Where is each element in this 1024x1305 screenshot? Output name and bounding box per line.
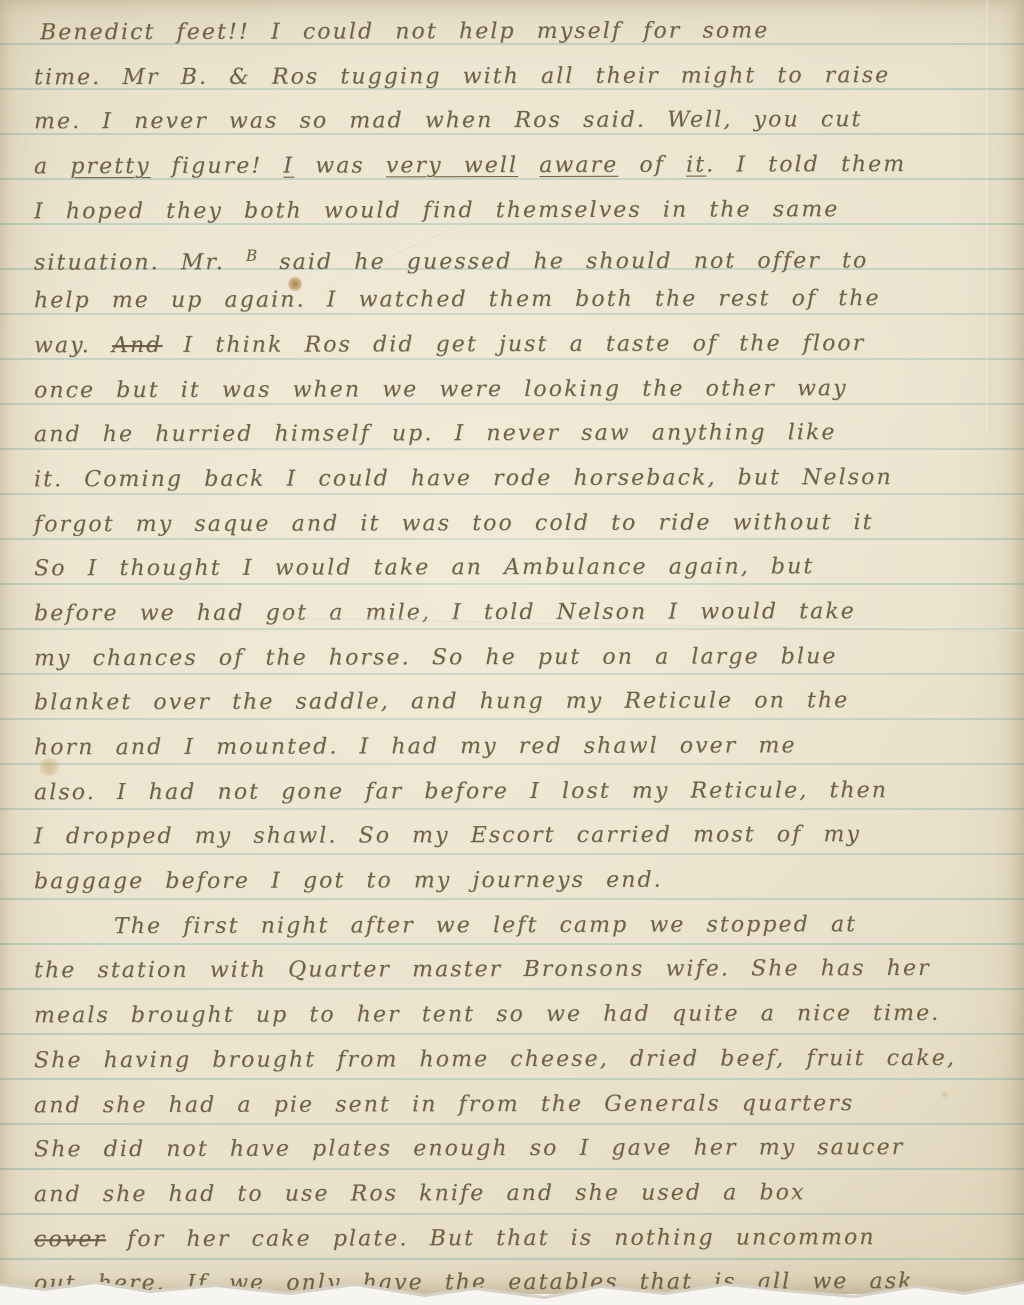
letter-text-segment: I dropped my shawl. So my Escort carried… (34, 822, 861, 849)
letter-text-segment: meals brought up to her tent so we had q… (34, 1001, 940, 1028)
letter-text-segment: I think Ros did get just a taste of the … (162, 331, 865, 358)
letter-line: and he hurried himself up. I never saw a… (34, 411, 1010, 458)
letter-text-segment: said he guessed he should not offer to (258, 249, 868, 276)
letter-text-segment: of (618, 153, 686, 178)
letter-line: also. I had not gone far before I lost m… (34, 768, 1010, 815)
letter-line: Benedict feet!! I could not help myself … (34, 9, 1010, 56)
letter-lines: Benedict feet!! I could not help myself … (34, 10, 1010, 1294)
letter-text-segment: And (112, 333, 163, 358)
letter-scan: Benedict feet!! I could not help myself … (0, 0, 1024, 1305)
letter-text-segment: and she had a pie sent in from the Gener… (34, 1091, 854, 1118)
letter-line: The first night after we left camp we st… (34, 902, 1010, 949)
letter-text-segment: help me up again. I watched them both th… (34, 286, 881, 313)
letter-line: help me up again. I watched them both th… (34, 277, 1010, 324)
letter-text-segment: it (686, 153, 706, 178)
letter-text-segment: horn and I mounted. I had my red shawl o… (34, 733, 797, 760)
letter-line: a pretty figure! I was very well aware o… (34, 143, 1010, 190)
letter-line: time. Mr B. & Ros tugging with all their… (34, 53, 1010, 100)
letter-text-segment: was (294, 153, 386, 178)
letter-line: and she had to use Ros knife and she use… (34, 1171, 1010, 1218)
letter-paper: Benedict feet!! I could not help myself … (0, 0, 1024, 1294)
letter-line: She did not have plates enough so I gave… (34, 1126, 1010, 1173)
letter-text-segment: also. I had not gone far before I lost m… (34, 778, 888, 805)
letter-text-segment: pretty (70, 154, 150, 179)
letter-text-segment: cover (34, 1227, 106, 1252)
letter-text-segment: situation. Mr. (34, 250, 246, 276)
letter-line: horn and I mounted. I had my red shawl o… (34, 724, 1010, 771)
letter-line: I dropped my shawl. So my Escort carried… (34, 813, 1010, 860)
letter-line: situation. Mr. B said he guessed he shou… (34, 232, 1010, 279)
letter-text-segment: and she had to use Ros knife and she use… (34, 1180, 806, 1207)
letter-text-segment: it. Coming back I could have rode horseb… (34, 465, 893, 492)
letter-text-segment: So I thought I would take an Ambulance a… (34, 554, 814, 581)
letter-text-segment: for her cake plate. But that is nothing … (106, 1225, 876, 1252)
letter-line: cover for her cake plate. But that is no… (34, 1215, 1010, 1262)
letter-text-segment: Benedict feet!! I could not help myself … (40, 18, 769, 45)
letter-text-segment: I hoped they both would find themselves … (34, 197, 839, 224)
letter-line: baggage before I got to my journeys end. (34, 858, 1010, 905)
letter-text-segment: I (283, 154, 294, 179)
letter-text-segment: baggage before I got to my journeys end. (34, 868, 663, 895)
letter-line: She having brought from home cheese, dri… (34, 1037, 1010, 1084)
letter-text-segment: before we had got a mile, I told Nelson … (34, 599, 856, 626)
letter-text-segment: my chances of the horse. So he put on a … (34, 644, 838, 671)
letter-line: So I thought I would take an Ambulance a… (34, 545, 1010, 592)
letter-line: once but it was when we were looking the… (34, 366, 1010, 413)
letter-text-segment: blanket over the saddle, and hung my Ret… (34, 688, 849, 715)
letter-line: I hoped they both would find themselves … (34, 187, 1010, 234)
letter-text-segment: The first night after we left camp we st… (114, 912, 857, 939)
letter-line: before we had got a mile, I told Nelson … (34, 590, 1010, 637)
letter-line: my chances of the horse. So he put on a … (34, 634, 1010, 681)
letter-text-segment: She having brought from home cheese, dri… (34, 1046, 956, 1073)
letter-text-segment: very well (386, 153, 518, 178)
letter-text-segment: out here. If we only have the eatables t… (34, 1269, 914, 1294)
letter-text-segment: . I told them (706, 152, 906, 178)
letter-text-segment: figure! (151, 154, 284, 179)
letter-line: way. And I think Ros did get just a tast… (34, 322, 1010, 369)
letter-line: the station with Quarter master Bronsons… (34, 947, 1010, 994)
letter-line: out here. If we only have the eatables t… (34, 1260, 1010, 1294)
letter-text-segment: a (34, 154, 70, 179)
letter-text-segment: way. (34, 333, 112, 358)
letter-text-segment (518, 153, 539, 178)
letter-line: forgot my saque and it was too cold to r… (34, 500, 1010, 547)
letter-text-segment: the station with Quarter master Bronsons… (34, 956, 931, 983)
letter-line: and she had a pie sent in from the Gener… (34, 1081, 1010, 1128)
letter-text-segment: She did not have plates enough so I gave… (34, 1135, 904, 1162)
letter-text-segment: forgot my saque and it was too cold to r… (34, 510, 874, 537)
letter-text-segment: once but it was when we were looking the… (34, 376, 848, 403)
letter-line: blanket over the saddle, and hung my Ret… (34, 679, 1010, 726)
letter-text-segment: B (246, 247, 258, 265)
letter-line: meals brought up to her tent so we had q… (34, 992, 1010, 1039)
letter-text-segment: time. Mr B. & Ros tugging with all their… (34, 63, 890, 90)
letter-text-segment: me. I never was so mad when Ros said. We… (34, 107, 863, 134)
letter-line: me. I never was so mad when Ros said. We… (34, 98, 1010, 145)
letter-line: it. Coming back I could have rode horseb… (34, 456, 1010, 503)
letter-text-segment: aware (539, 153, 618, 178)
letter-text-segment: and he hurried himself up. I never saw a… (34, 420, 837, 447)
